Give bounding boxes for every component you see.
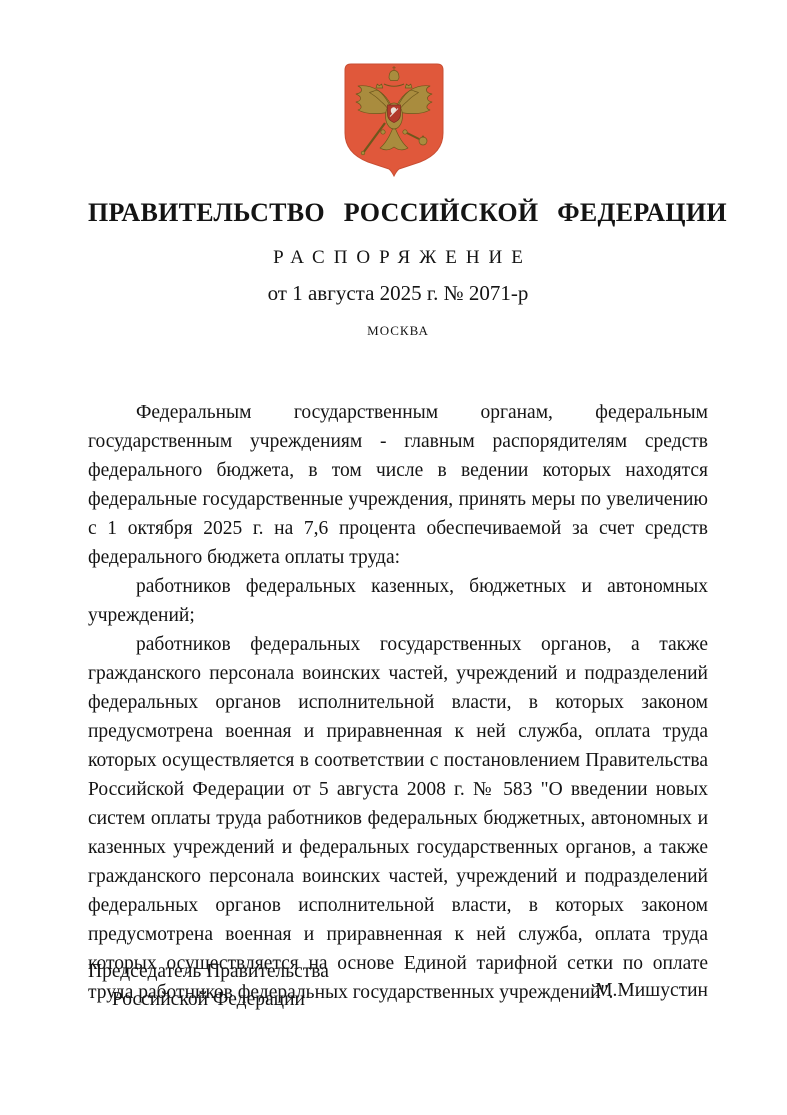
document-page: ПРАВИТЕЛЬСТВО РОССИЙСКОЙ ФЕДЕРАЦИИ РАСПО… — [0, 0, 787, 1115]
signer-title: Председатель Правительства Российской Фе… — [88, 958, 329, 1014]
body-paragraph-1: Федеральным государственным органам, фед… — [88, 398, 708, 572]
body-paragraph-3: работников федеральных государственных о… — [88, 630, 708, 1007]
signer-title-line1: Председатель Правительства — [88, 961, 329, 982]
document-city: МОСКВА — [88, 323, 708, 339]
russian-coat-of-arms-icon — [341, 61, 447, 181]
signer-title-line2: Российской Федерации — [112, 989, 305, 1010]
document-date-number: от 1 августа 2025 г. № 2071-р — [88, 281, 708, 306]
document-body: Федеральным государственным органам, фед… — [88, 398, 708, 1007]
signature-block: Председатель Правительства Российской Фе… — [88, 958, 708, 1014]
body-paragraph-2: работников федеральных казенных, бюджетн… — [88, 572, 708, 630]
government-title: ПРАВИТЕЛЬСТВО РОССИЙСКОЙ ФЕДЕРАЦИИ — [88, 198, 708, 228]
document-type: РАСПОРЯЖЕНИЕ — [88, 247, 708, 269]
signer-name: М.Мишустин — [595, 977, 708, 1005]
